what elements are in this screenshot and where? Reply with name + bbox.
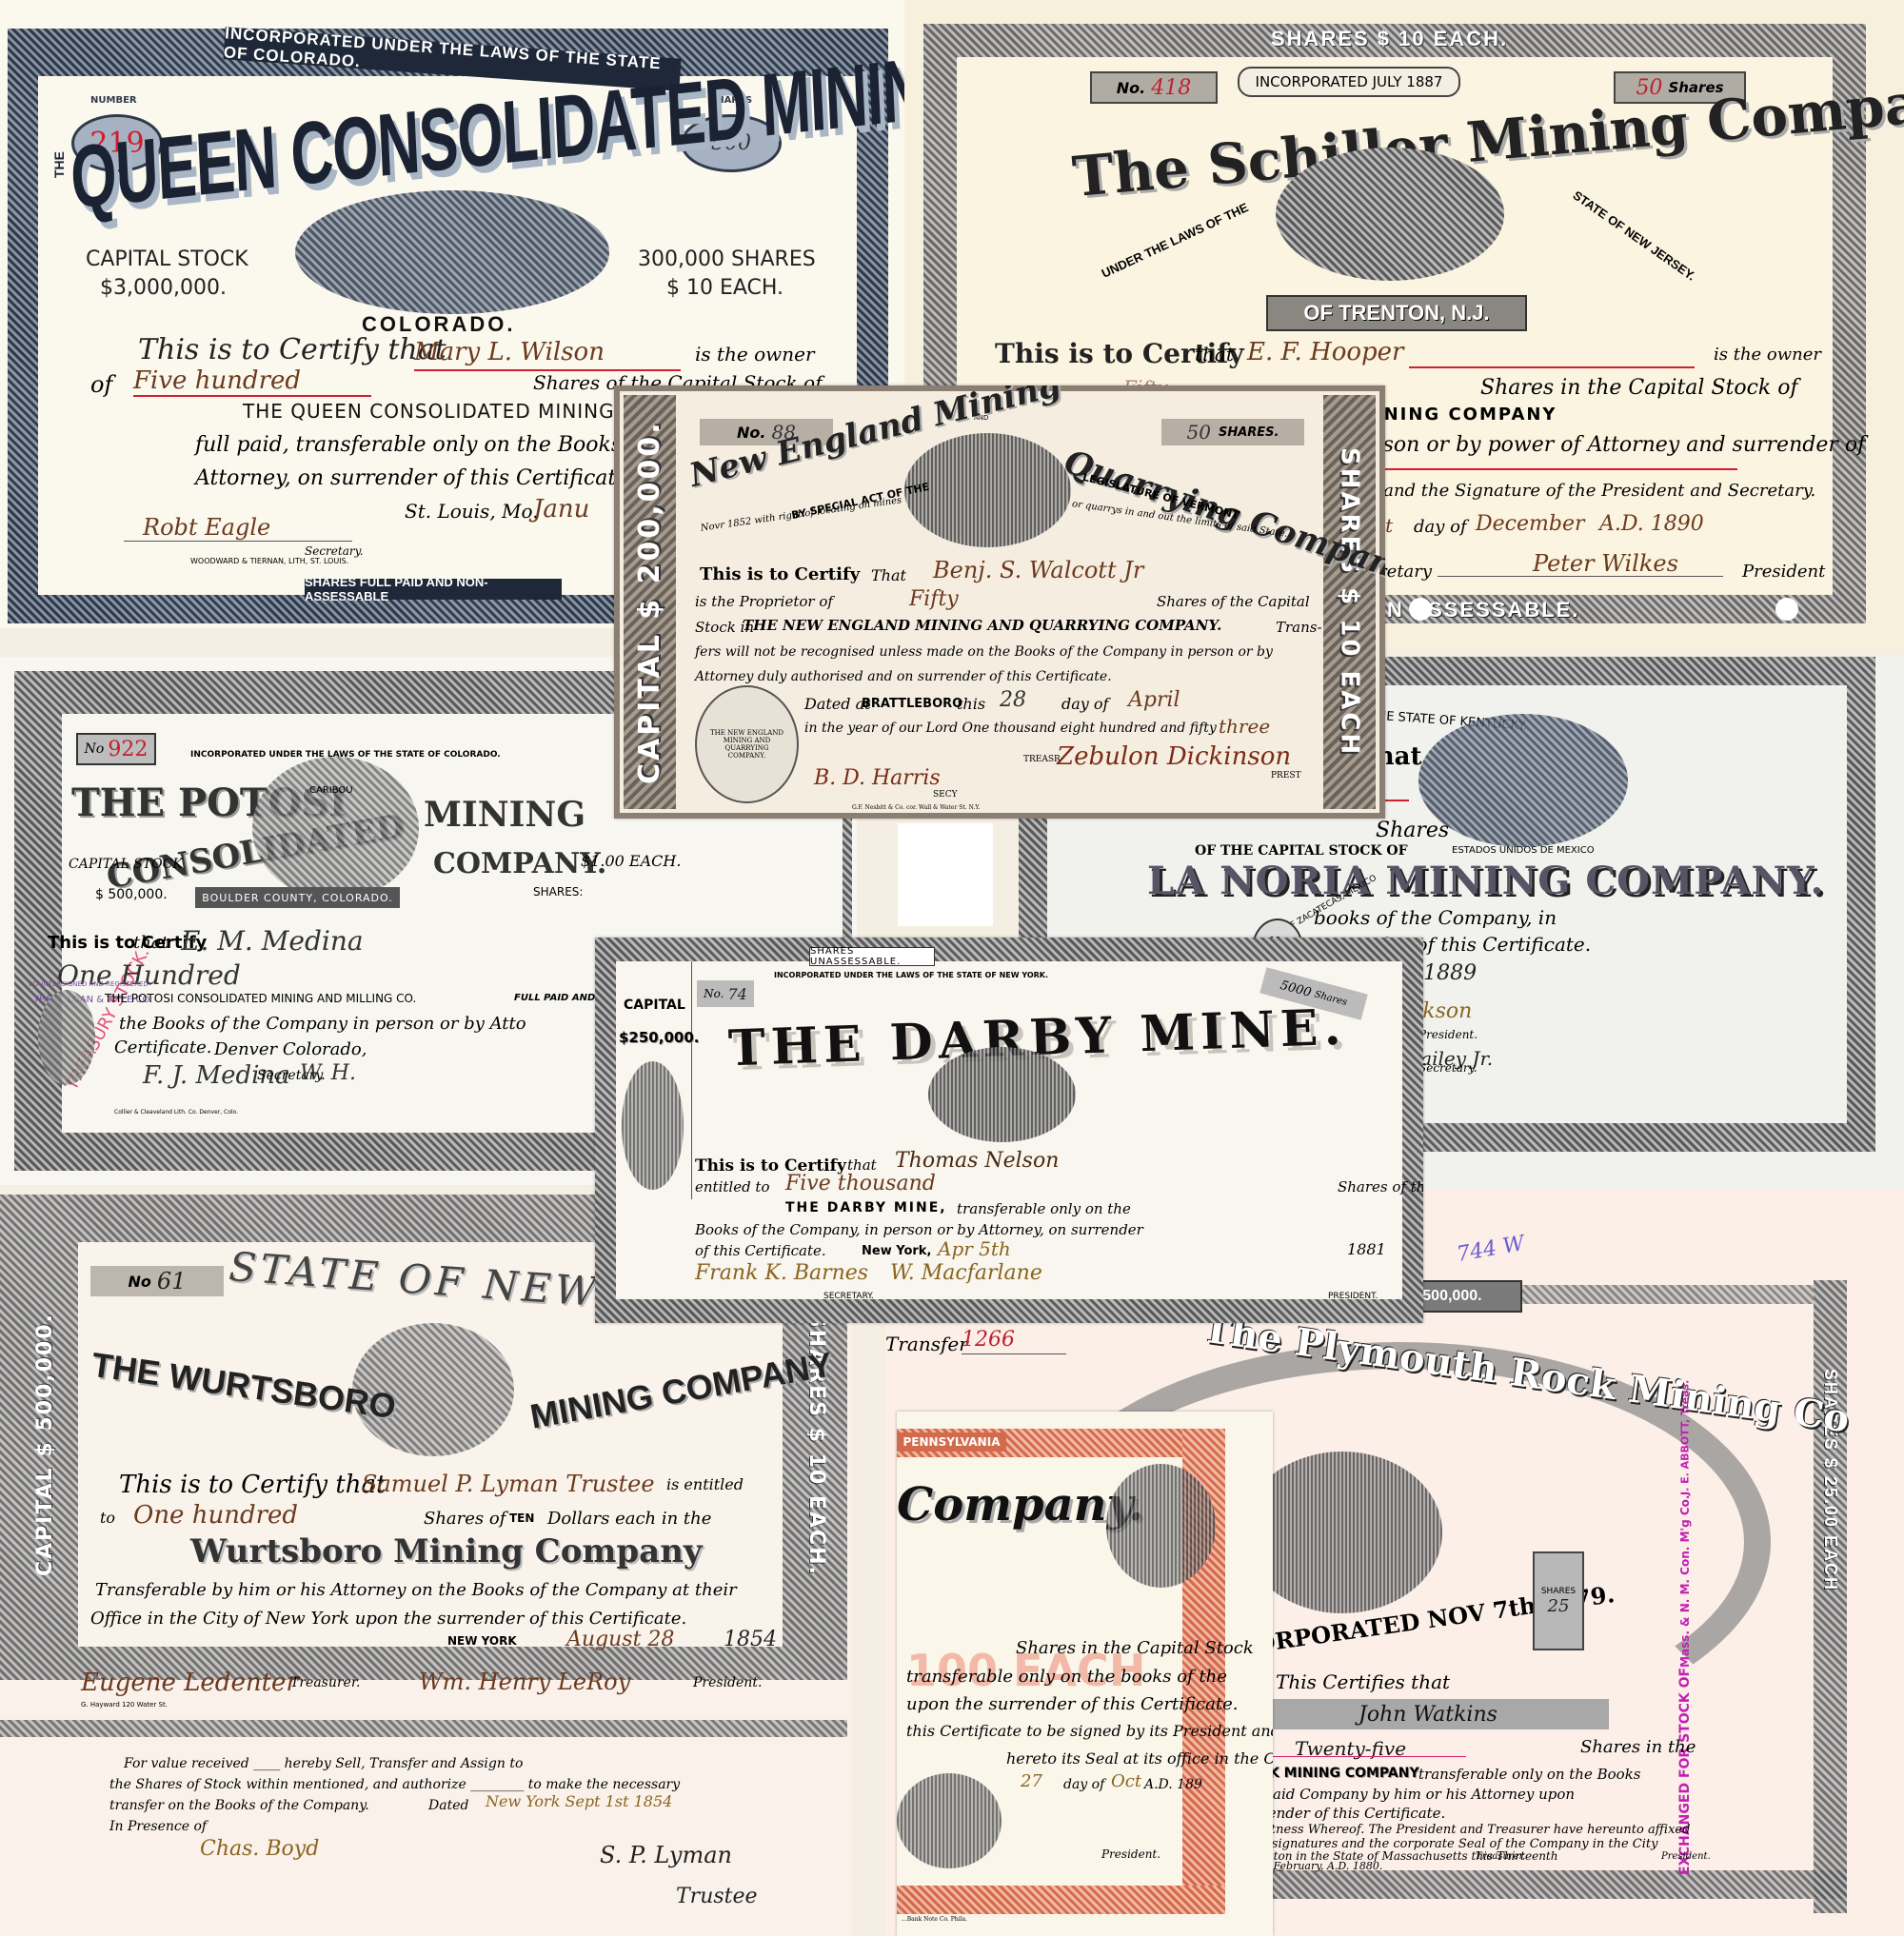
- darby-mine-certificate: SHARES UNASSESSABLE. INCORPORATED UNDER …: [595, 938, 1423, 1323]
- queen-miners-vignette: [295, 190, 609, 314]
- blue-pencil-note: 744 W: [1455, 1232, 1526, 1267]
- new-england-shares-strip: SHARES $ 10 EACH: [1323, 395, 1376, 809]
- silver-dollar-seal: [38, 990, 95, 1085]
- exchanged-stamp: EXCHANGED FOR STOCK OF Mass. & N. M. Con…: [1642, 1532, 1728, 1723]
- darby-eagle-shield: [622, 1061, 684, 1190]
- pennsylvania-company-certificate: PENNSYLVANIA Company. 100 EACH Shares in…: [897, 1412, 1273, 1936]
- schiller-miners-vignette: [1276, 148, 1504, 281]
- plymouth-shares-strip: SHARES $ 25.00 EACH: [1814, 1323, 1847, 1637]
- queen-footer-banner: SHARES FULL PAID AND NON-ASSESSABLE: [305, 579, 562, 600]
- wurtsboro-capital-strip: CAPITAL $ 500,000.: [19, 1242, 71, 1647]
- new-england-capital-strip: CAPITAL $ 200,000.: [624, 395, 676, 809]
- new-england-mining-certificate: CAPITAL $ 200,000. SHARES $ 10 EACH No. …: [614, 385, 1385, 819]
- punch-hole: [1775, 598, 1798, 621]
- mexican-eagle-vignette: [1418, 714, 1628, 847]
- punch-hole: [1409, 598, 1432, 621]
- new-england-seal: THE NEW ENGLAND MINING AND QUARRYING COM…: [695, 685, 799, 803]
- darby-miners-vignette: [928, 1047, 1076, 1142]
- blank-gap: [898, 823, 993, 926]
- potosi-caribou-seal: [252, 757, 419, 899]
- waterfall-vignette: [897, 1773, 1002, 1868]
- la-noria-title: LA NORIA MINING COMPANY.: [1147, 859, 1824, 903]
- miner-vignette: [1106, 1464, 1216, 1588]
